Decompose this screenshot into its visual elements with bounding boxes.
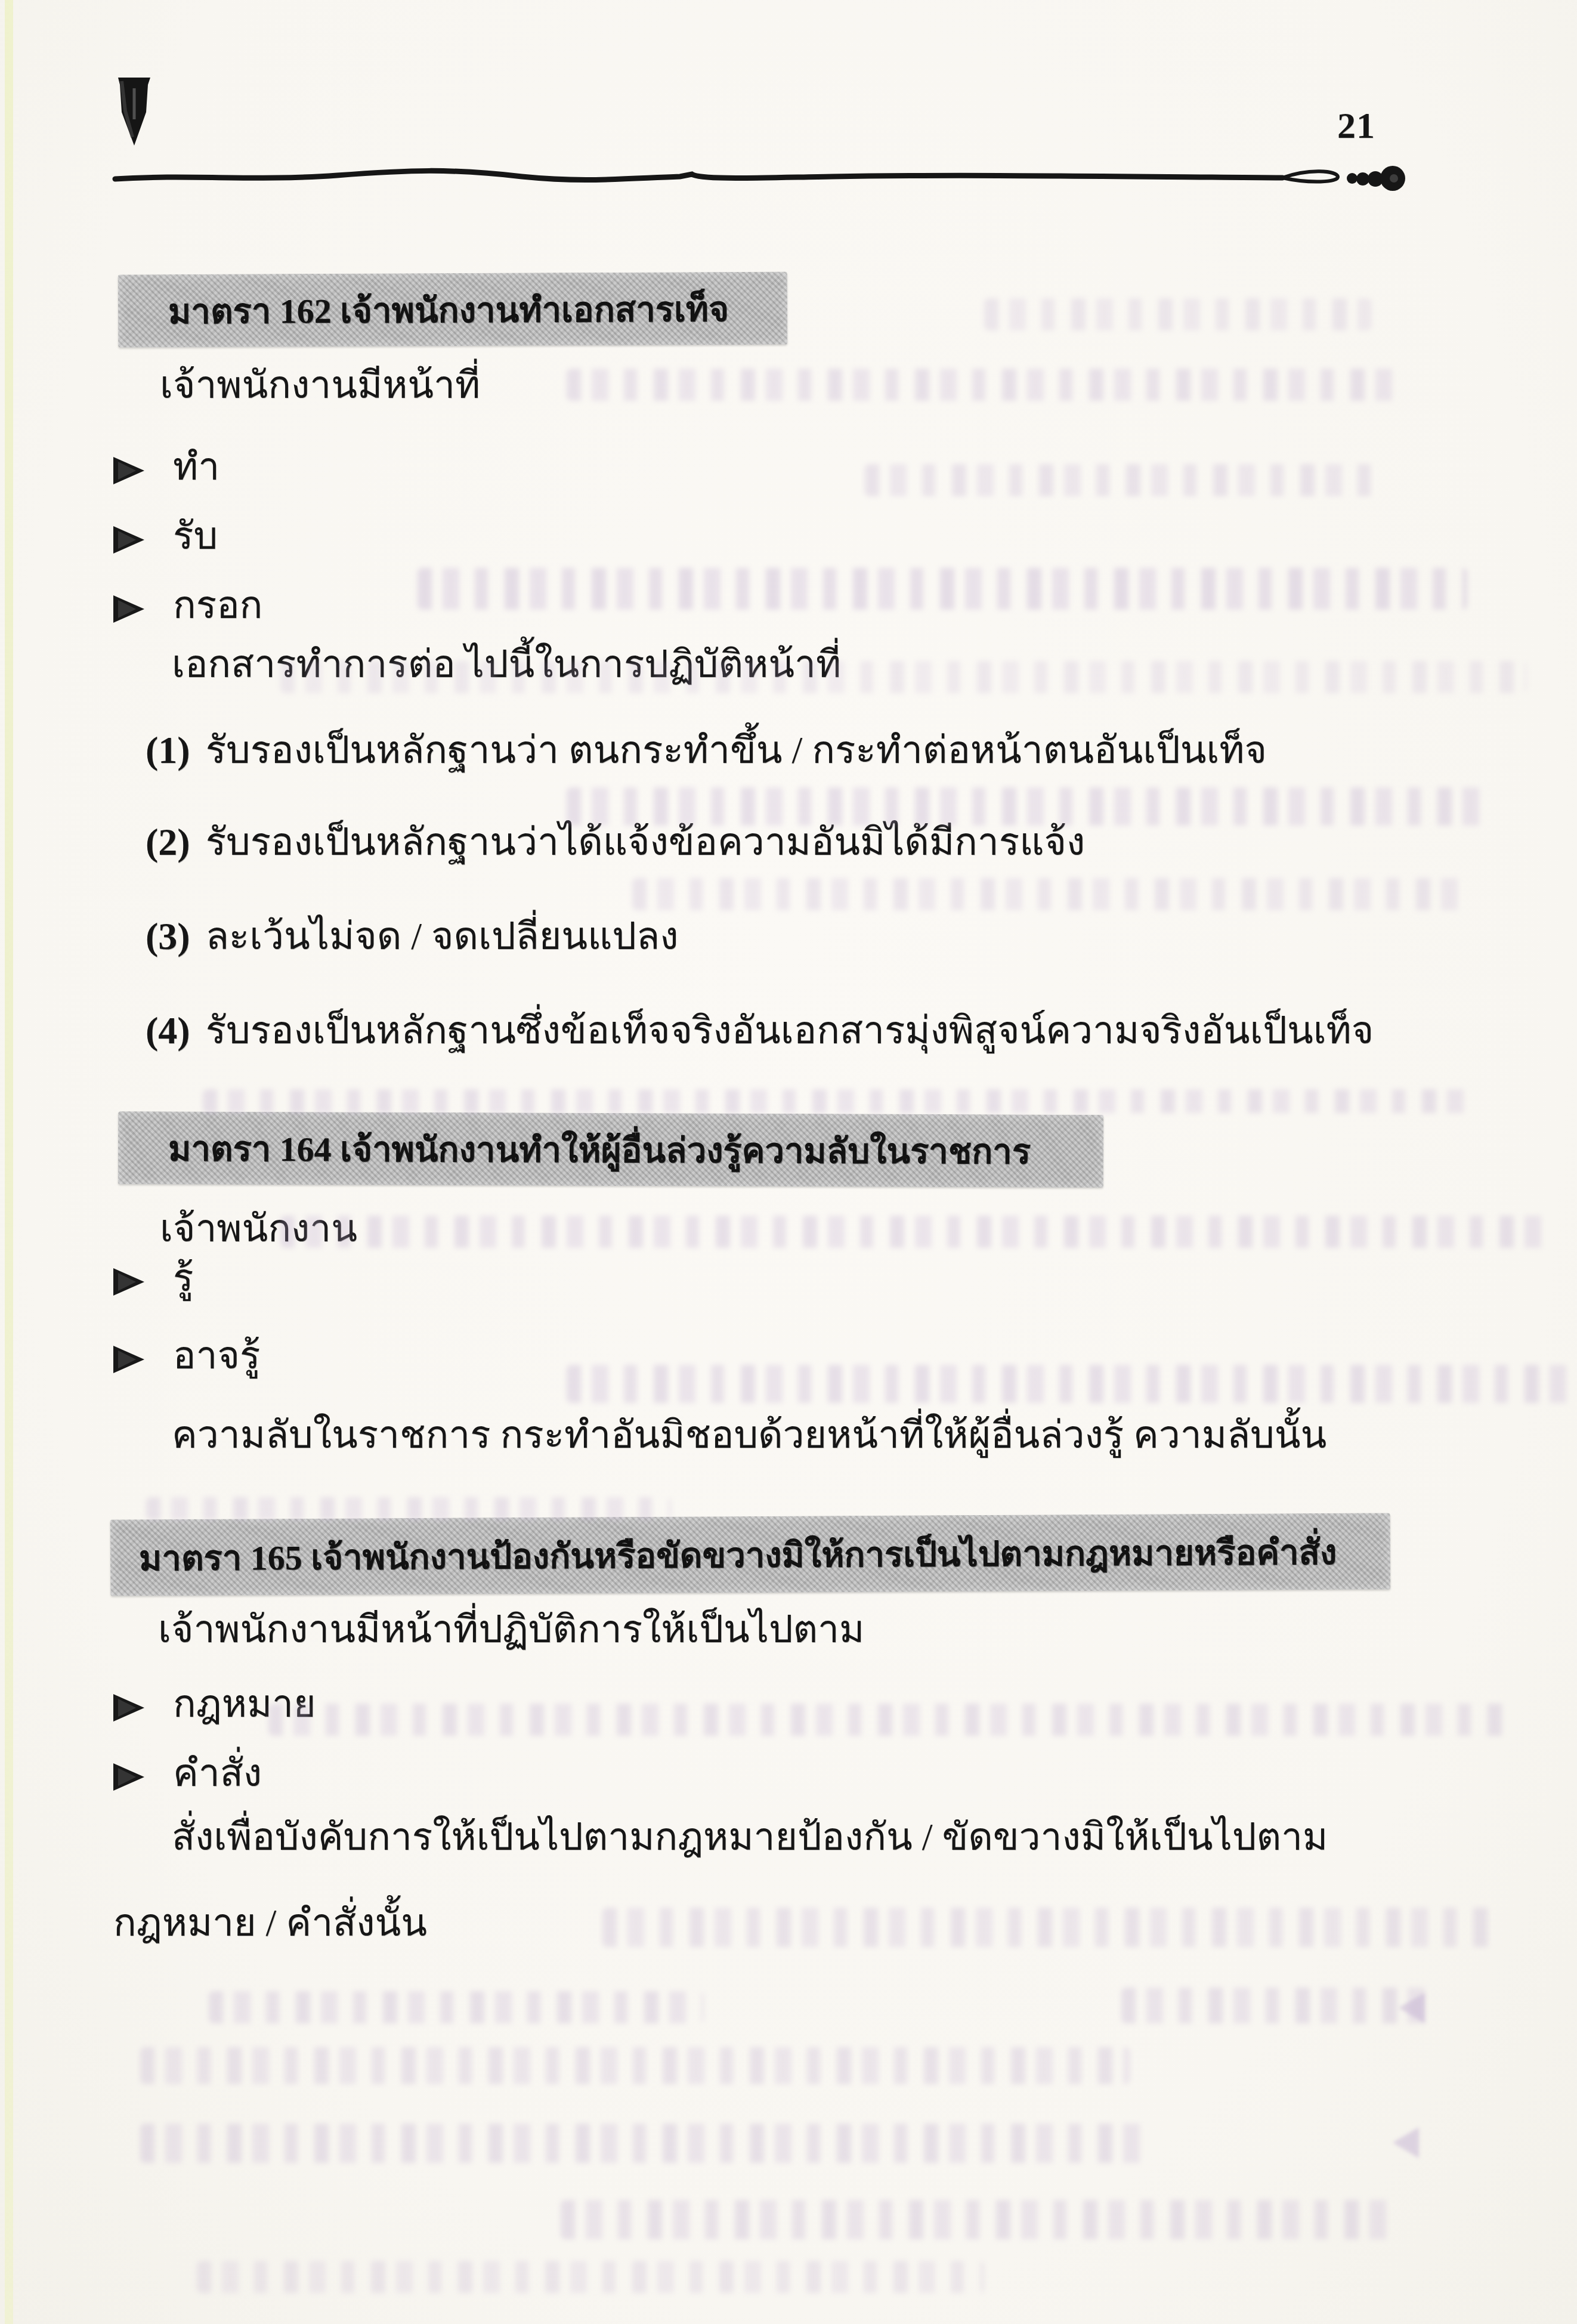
ghost-showthrough-text	[209, 1991, 704, 2023]
list-item: รับ	[112, 515, 218, 557]
header-divider-rule	[110, 150, 1423, 204]
ghost-showthrough-text	[865, 464, 1384, 496]
numbered-item: (1)รับรองเป็นหลักฐานว่า ตนกระทำขึ้น / กร…	[146, 719, 1267, 780]
list-item: อาจรู้	[112, 1335, 260, 1377]
triangle-right-icon	[112, 1267, 146, 1297]
item-text: ละเว้นไม่จด / จดเปลี่ยนแปลง	[206, 915, 679, 957]
ghost-showthrough-text	[146, 1497, 671, 1520]
pen-nib-icon	[112, 75, 156, 149]
numbered-item: (3)ละเว้นไม่จด / จดเปลี่ยนแปลง	[146, 906, 678, 966]
section-162-intro: เจ้าพนักงานมีหน้าที่	[160, 361, 480, 409]
ghost-showthrough-text	[280, 1216, 1551, 1248]
page-scan-edge	[5, 0, 13, 2324]
section-165-paragraph-line-2: กฎหมาย / คำสั่งนั้น	[113, 1899, 427, 1947]
section-165-highlight-bar: มาตรา 165 เจ้าพนักงานป้องกันหรือขัดขวางม…	[110, 1513, 1391, 1596]
bullet-label: คำสั่ง	[173, 1753, 262, 1794]
ghost-showthrough-text	[280, 661, 1527, 693]
item-text: รับรองเป็นหลักฐานว่า ตนกระทำขึ้น / กระทำ…	[206, 729, 1267, 771]
section-162-highlight-bar: มาตรา 162 เจ้าพนักงานทำเอกสารเท็จ	[118, 272, 788, 348]
ghost-triangle-left-icon	[1399, 1992, 1425, 2023]
ghost-triangle-left-icon	[1393, 2127, 1419, 2158]
ghost-showthrough-text	[567, 1365, 1569, 1403]
triangle-right-icon	[112, 1345, 146, 1374]
numbered-item: (4)รับรองเป็นหลักฐานซึ่งข้อเท็จจริงอันเอ…	[146, 1000, 1374, 1061]
ghost-showthrough-text	[268, 1704, 1509, 1736]
bullet-label: ทำ	[173, 446, 219, 488]
list-item: คำสั่ง	[112, 1753, 262, 1794]
ghost-showthrough-text	[602, 1908, 1497, 1947]
list-item: ทำ	[112, 446, 219, 488]
list-item: รู้	[112, 1257, 193, 1299]
section-165-paragraph-line-1: สั่งเพื่อบังคับการให้เป็นไปตามกฎหมายป้อง…	[172, 1813, 1328, 1861]
section-165-title: มาตรา 165 เจ้าพนักงานป้องกันหรือขัดขวางม…	[110, 1523, 1337, 1586]
section-164-title: มาตรา 164 เจ้าพนักงานทำให้ผู้อื่นล่วงรู้…	[118, 1120, 1031, 1179]
item-number: (4)	[146, 1009, 190, 1052]
triangle-right-icon	[112, 456, 146, 486]
ghost-showthrough-text	[203, 1089, 1479, 1113]
item-text: รับรองเป็นหลักฐานว่าได้แจ้งข้อความอันมิไ…	[206, 821, 1086, 863]
ghost-showthrough-text	[418, 568, 1467, 610]
scanned-book-page: 21 มาตรา 162 เจ้าพนักงานทำเอกสารเท็จ เจ้…	[0, 0, 1577, 2324]
item-number: (1)	[146, 729, 190, 771]
triangle-right-icon	[112, 594, 146, 624]
ghost-showthrough-text	[984, 298, 1372, 330]
triangle-right-icon	[112, 1693, 146, 1723]
bullet-label: กรอก	[173, 585, 262, 626]
page-number: 21	[1337, 105, 1375, 147]
bullet-label: รู้	[173, 1257, 193, 1299]
ghost-showthrough-text	[1121, 1988, 1431, 2023]
bullet-label: อาจรู้	[173, 1335, 260, 1377]
ghost-showthrough-text	[567, 369, 1402, 401]
section-164-highlight-bar: มาตรา 164 เจ้าพนักงานทำให้ผู้อื่นล่วงรู้…	[118, 1111, 1103, 1188]
ghost-showthrough-text	[561, 2200, 1396, 2239]
triangle-right-icon	[112, 525, 146, 555]
spiral-flourish-icon	[1282, 171, 1338, 181]
ghost-showthrough-text	[140, 2047, 1130, 2084]
list-item: กรอก	[112, 585, 262, 626]
section-165-intro: เจ้าพนักงานมีหน้าที่ปฏิบัติการให้เป็นไปต…	[158, 1606, 864, 1654]
ghost-showthrough-text	[140, 2124, 1154, 2163]
ghost-showthrough-text	[197, 2261, 984, 2293]
bullet-label: รับ	[173, 515, 218, 557]
section-164-paragraph: ความลับในราชการ กระทำอันมิชอบด้วยหน้าที่…	[172, 1411, 1326, 1459]
item-text: รับรองเป็นหลักฐานซึ่งข้อเท็จจริงอันเอกสา…	[206, 1009, 1374, 1052]
ghost-showthrough-text	[632, 878, 1467, 910]
ghost-showthrough-text	[567, 787, 1485, 826]
item-number: (2)	[146, 821, 190, 863]
item-number: (3)	[146, 915, 190, 957]
section-162-title: มาตรา 162 เจ้าพนักงานทำเอกสารเท็จ	[118, 280, 729, 338]
triangle-right-icon	[112, 1762, 146, 1792]
